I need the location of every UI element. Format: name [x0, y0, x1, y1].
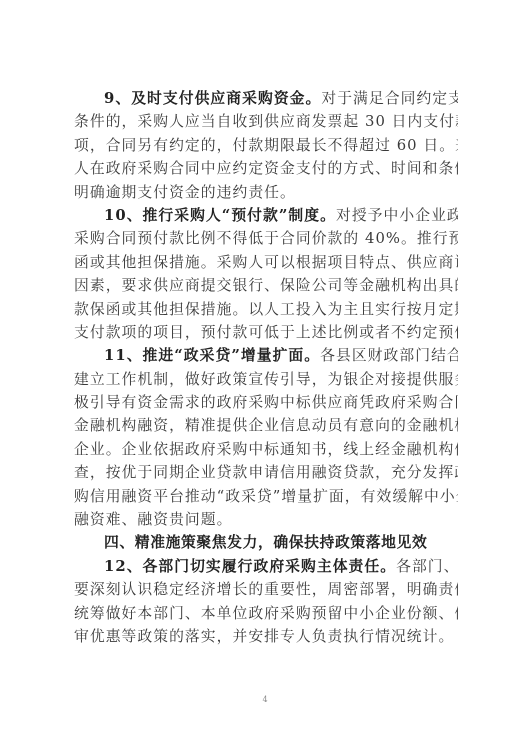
- paragraph-9-line-2: 条件的，采购人应当自收到供应商发票起 30 日内支付款: [74, 110, 458, 133]
- paragraph-12-line-1: 12、各部门切实履行政府采购主体责任。各部门、各单位: [74, 555, 458, 578]
- line-text: 各县区财政部门结合实际: [320, 347, 458, 364]
- paragraph-10-line-3: 函或其他担保措施。采购人可以根据项目特点、供应商诚信等: [74, 251, 458, 274]
- page-number: 4: [0, 695, 530, 704]
- document-body: 9、及时支付供应商采购资金。对于满足合同约定支付 条件的，采购人应当自收到供应商…: [74, 87, 458, 648]
- paragraph-10-line-5: 款保函或其他担保措施。以人工投入为主且实行按月定期结算: [74, 298, 458, 321]
- paragraph-9-line-5: 明确逾期支付资金的违约责任。: [74, 181, 458, 204]
- paragraph-9-line-3: 项，合同另有约定的，付款期限最长不得超过 60 日。采购: [74, 134, 458, 157]
- paragraph-10-line-1: 10、推行采购人“预付款”制度。对授予中小企业政府: [74, 204, 458, 227]
- paragraph-11-line-4: 金融机构融资，精准提供企业信息动员有意向的金融机构对接: [74, 414, 458, 437]
- item-12-title: 12、各部门切实履行政府采购主体责任。: [104, 558, 396, 575]
- paragraph-11-line-1: 11、推进“政采贷”增量扩面。各县区财政部门结合实际: [74, 344, 458, 367]
- document-page: 9、及时支付供应商采购资金。对于满足合同约定支付 条件的，采购人应当自收到供应商…: [0, 0, 530, 729]
- paragraph-11-line-6: 查，按优于同期企业贷款申请信用融资贷款，充分发挥政府采: [74, 461, 458, 484]
- paragraph-11-line-7: 购信用融资平台推动“政采贷”增量扩面，有效缓解中小企业: [74, 485, 458, 508]
- paragraph-12-line-3: 统筹做好本部门、本单位政府采购预留中小企业份额、价格评: [74, 602, 458, 625]
- paragraph-12-line-2: 要深刻认识稳定经济增长的重要性，周密部署，明确责任分工，: [74, 578, 458, 601]
- item-10-title: 10、推行采购人“预付款”制度。: [104, 207, 336, 224]
- section-heading-4: 四、精准施策聚焦发力，确保扶持政策落地见效: [74, 531, 458, 554]
- item-11-title: 11、推进“政采贷”增量扩面。: [104, 347, 320, 364]
- paragraph-11-line-8: 融资难、融资贵问题。: [74, 508, 458, 531]
- paragraph-12-line-4: 审优惠等政策的落实，并安排专人负责执行情况统计。: [74, 625, 458, 648]
- paragraph-10-line-4: 因素，要求供应商提交银行、保险公司等金融机构出具的预付: [74, 274, 458, 297]
- paragraph-11-line-3: 极引导有资金需求的政府采购中标供应商凭政府采购合同向: [74, 391, 458, 414]
- item-9-title: 9、及时支付供应商采购资金。: [104, 90, 321, 107]
- paragraph-11-line-2: 建立工作机制，做好政策宣传引导，为银企对接提供服务。积: [74, 368, 458, 391]
- line-text: 对授予中小企业政府: [336, 207, 458, 224]
- paragraph-11-line-5: 企业。企业依据政府采购中标通知书，线上经金融机构信用审: [74, 438, 458, 461]
- paragraph-10-line-2: 采购合同预付款比例不得低于合同价款的 40%。推行预付款保: [74, 227, 458, 250]
- paragraph-9-line-1: 9、及时支付供应商采购资金。对于满足合同约定支付: [74, 87, 458, 110]
- paragraph-9-line-4: 人在政府采购合同中应约定资金支付的方式、时间和条件，: [74, 157, 458, 180]
- line-text: 对于满足合同约定支付: [321, 90, 458, 107]
- paragraph-10-line-6: 支付款项的项目，预付款可低于上述比例或者不约定预付款。: [74, 321, 458, 344]
- line-text: 各部门、各单位: [396, 558, 458, 575]
